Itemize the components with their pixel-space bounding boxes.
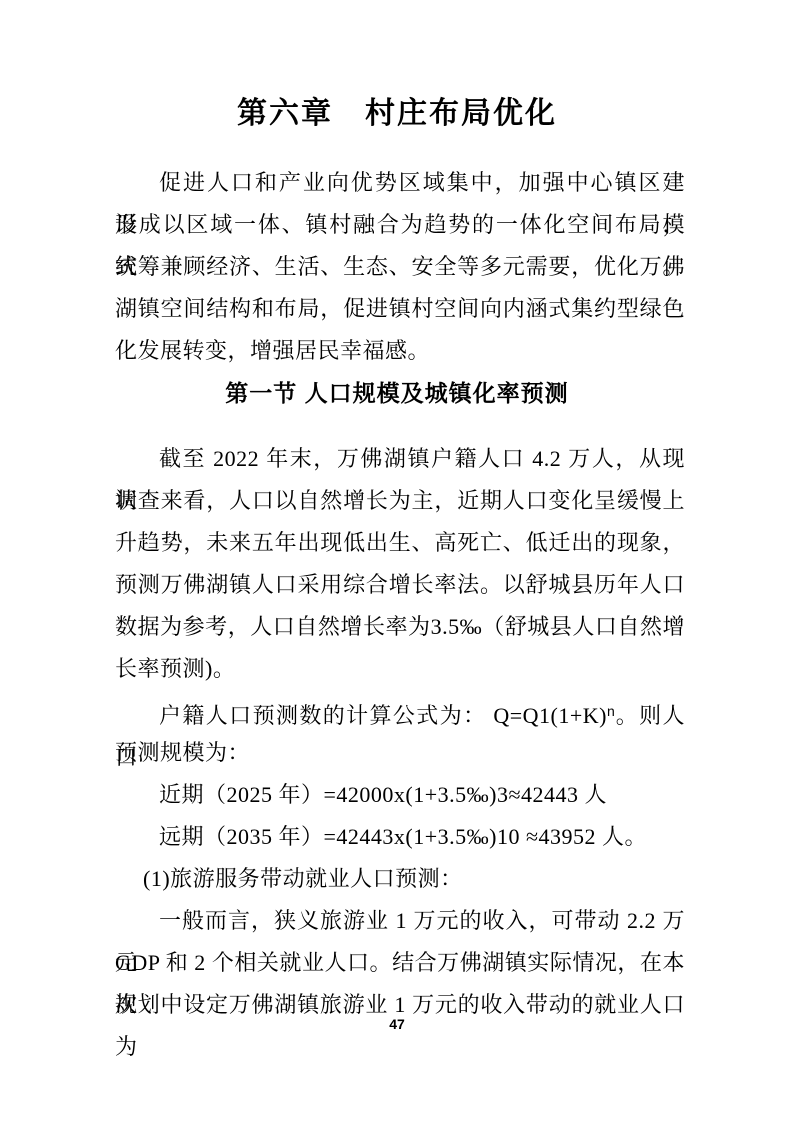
superscript-n: n (607, 703, 615, 719)
text-line: 调查来看，人口以自然增长为主，近期人口变化呈缓慢上 (115, 480, 685, 522)
section-heading: 第一节 人口规模及城镇化率预测 (0, 378, 794, 408)
list-item-1: (1)旅游服务带动就业人口预测： (115, 858, 685, 900)
formula-text: 户籍人口预测数的计算公式为： Q=Q1(1+K) (159, 703, 607, 728)
text-line: 湖镇空间结构和布局，促进镇村空间向内涵式集约型绿色 (115, 288, 685, 330)
equations-block: 近期（2025 年）=42000x(1+3.5‰)3≈42443 人 远期（20… (115, 774, 685, 858)
paragraph-population-status: 截至 2022 年末，万佛湖镇户籍人口 4.2 万人，从现状 调查来看，人口以自… (115, 438, 685, 690)
document-page: 第六章 村庄布局优化 促进人口和产业向优势区域集中，加强中心镇区建设， 形成以区… (0, 0, 794, 1122)
paragraph-intro: 促进人口和产业向优势区域集中，加强中心镇区建设， 形成以区域一体、镇村融合为趋势… (115, 162, 685, 372)
text-line: 一般而言，狭义旅游业 1 万元的收入，可带动 2.2 万元 (115, 900, 685, 942)
text-line: 升趋势，未来五年出现低出生、高死亡、低迁出的现象， (115, 522, 685, 564)
chapter-title: 第六章 村庄布局优化 (0, 92, 794, 136)
text-line: 化发展转变，增强居民幸福感。 (115, 330, 685, 372)
paragraph-formula: 户籍人口预测数的计算公式为： Q=Q1(1+K)n。则人口 预测规模为： (115, 690, 685, 774)
page-number: 47 (0, 1014, 794, 1034)
equation-far-term: 远期（2035 年）=42443x(1+3.5‰)10 ≈43952 人。 (115, 816, 685, 858)
text-line: 长率预测)。 (115, 648, 685, 690)
formula-line: 户籍人口预测数的计算公式为： Q=Q1(1+K)n。则人口 (115, 690, 685, 732)
paragraph-tourism-employment: 一般而言，狭义旅游业 1 万元的收入，可带动 2.2 万元 GDP 和 2 个相… (115, 900, 685, 1026)
list-item-1-block: (1)旅游服务带动就业人口预测： (115, 858, 685, 900)
equation-near-term: 近期（2025 年）=42000x(1+3.5‰)3≈42443 人 (115, 774, 685, 816)
text-line: 预测万佛湖镇人口采用综合增长率法。以舒城县历年人口 (115, 564, 685, 606)
text-line: 截至 2022 年末，万佛湖镇户籍人口 4.2 万人，从现状 (115, 438, 685, 480)
text-line: 统筹兼顾经济、生活、生态、安全等多元需要，优化万佛 (115, 246, 685, 288)
text-line: 促进人口和产业向优势区域集中，加强中心镇区建设， (115, 162, 685, 204)
text-line: 预测规模为： (115, 732, 685, 774)
text-line: 数据为参考，人口自然增长率为3.5‰（舒城县人口自然增 (115, 606, 685, 648)
text-line: GDP 和 2 个相关就业人口。结合万佛湖镇实际情况，在本次 (115, 942, 685, 984)
text-line: 形成以区域一体、镇村融合为趋势的一体化空间布局模式。 (115, 204, 685, 246)
